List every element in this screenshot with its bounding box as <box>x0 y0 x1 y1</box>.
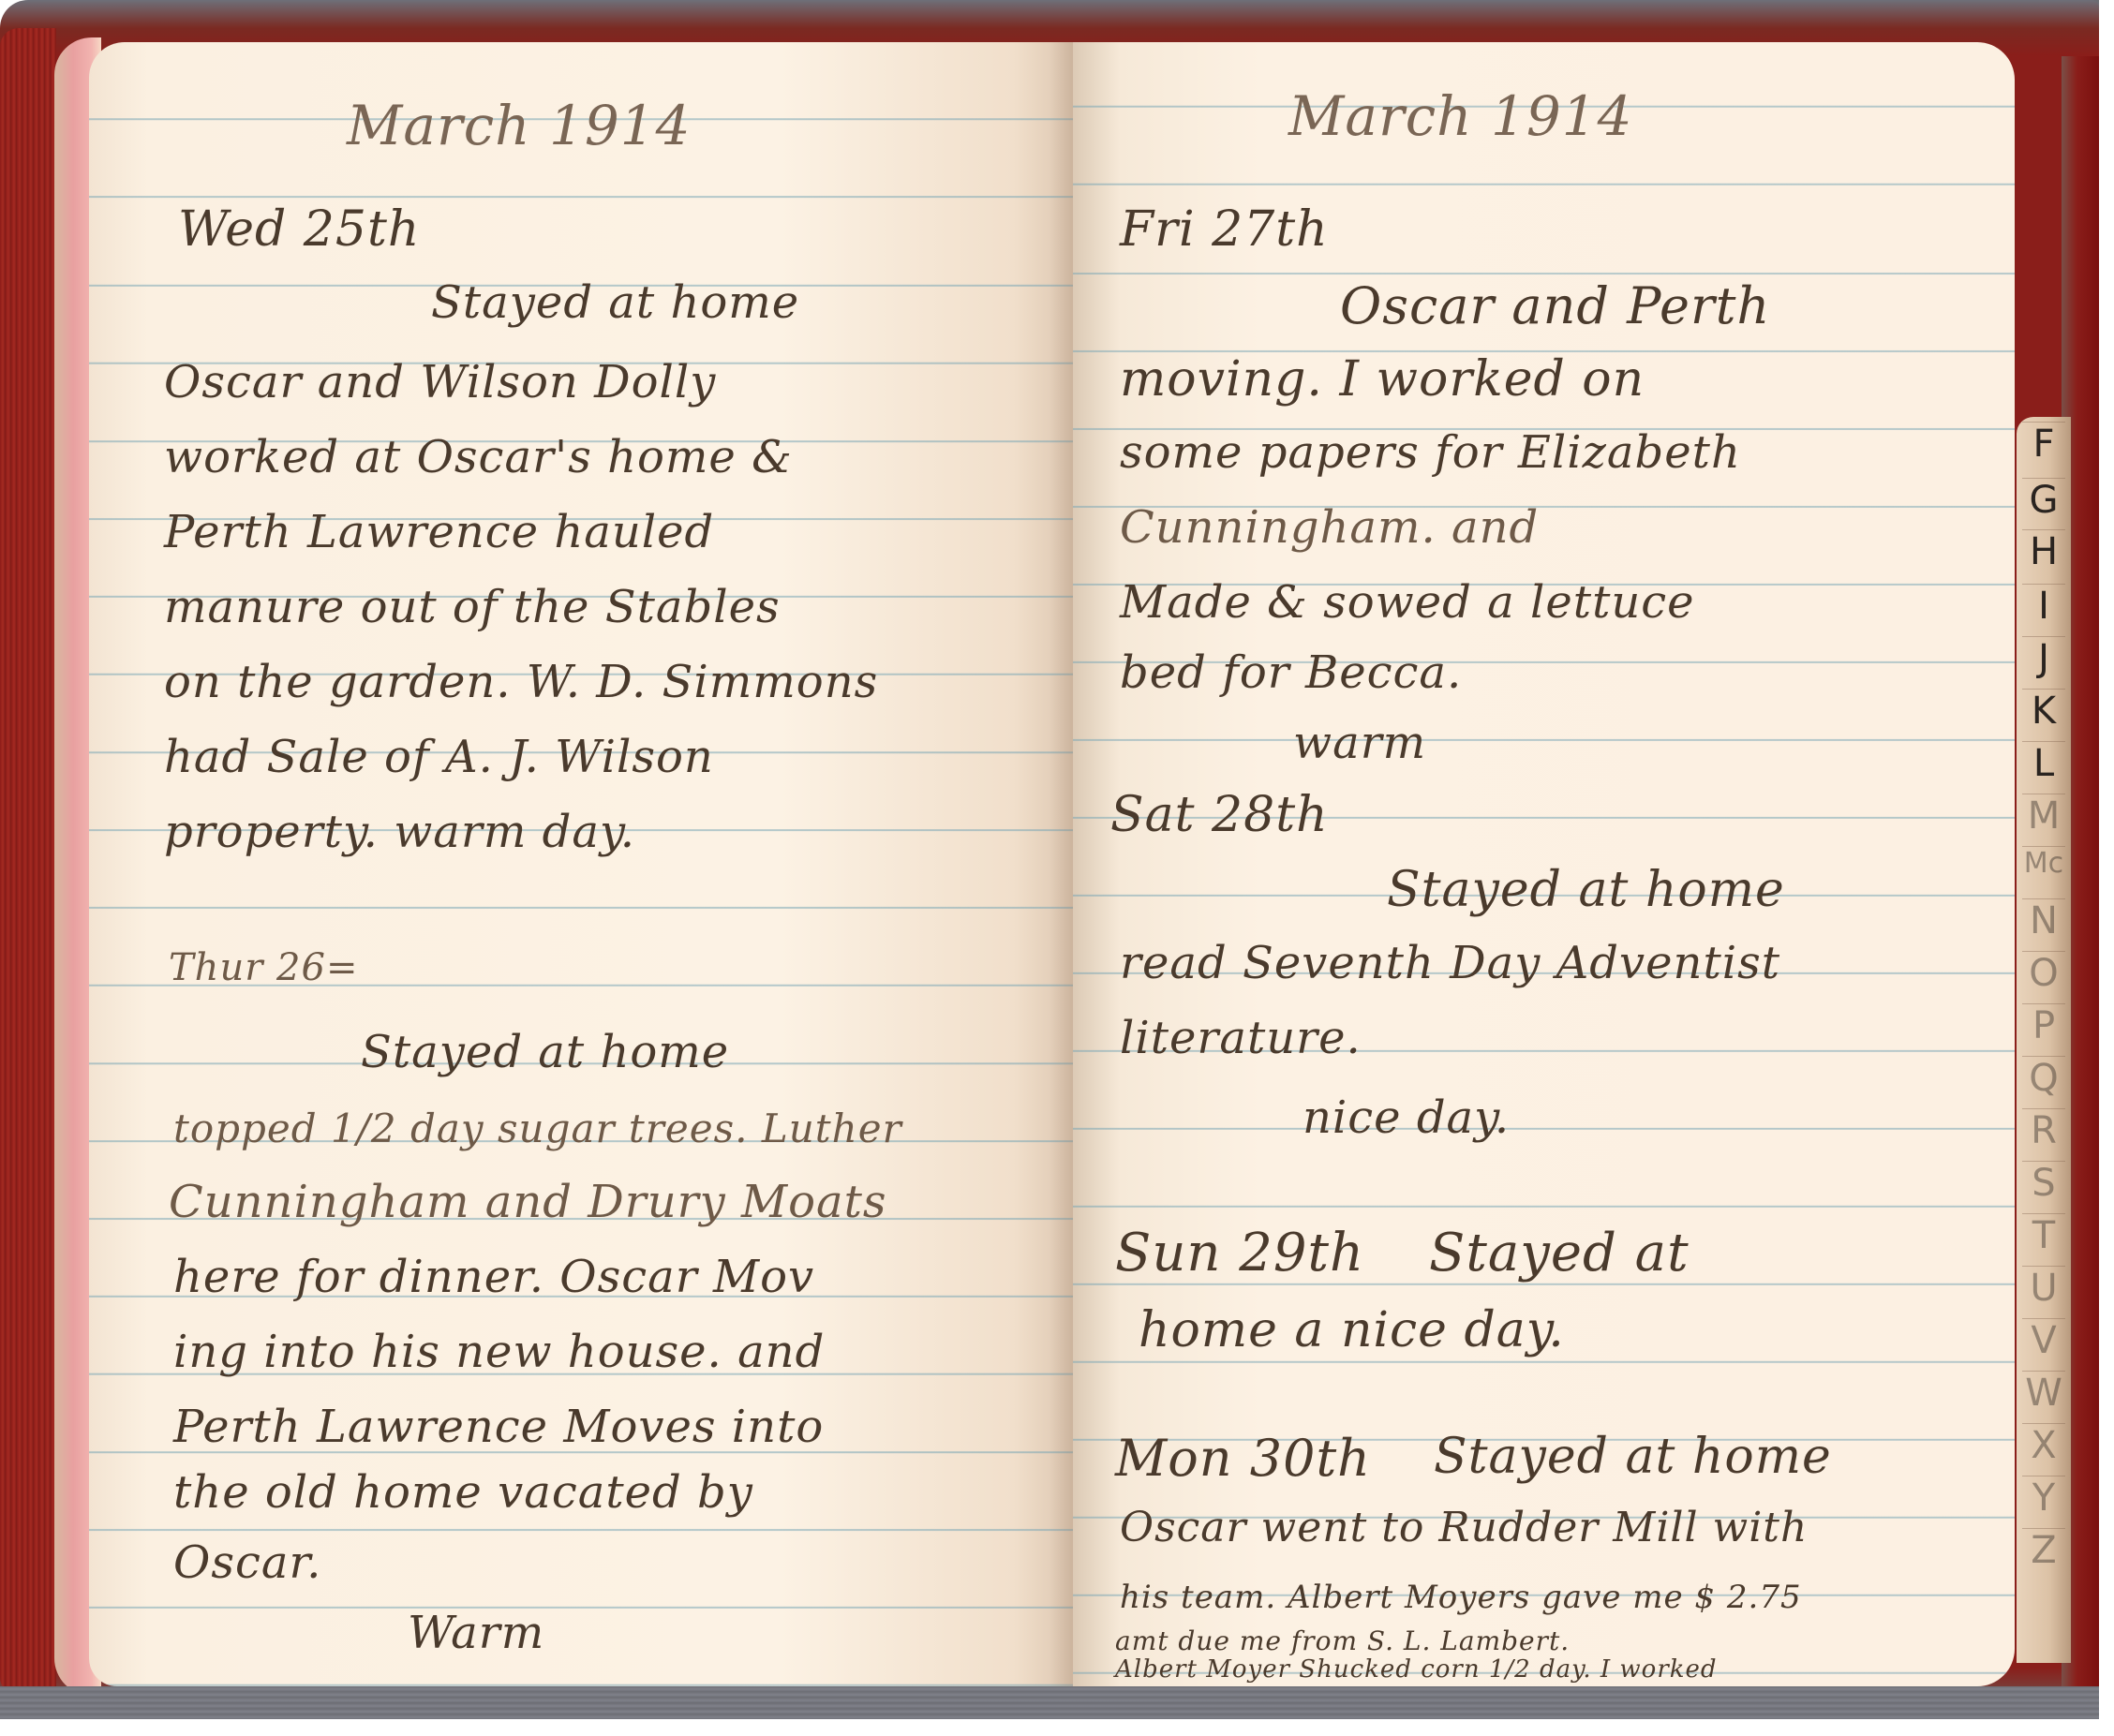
alphabet-index-tabs: F G H I J K L M Mc N O P Q R S T U V W X… <box>2017 417 2071 1663</box>
entry-line: Cunningham. and <box>1120 501 1539 554</box>
entry-line: Perth Lawrence hauled <box>164 506 714 558</box>
entry-line: the old home vacated by <box>173 1466 753 1519</box>
index-tab-g[interactable]: G <box>2022 478 2065 522</box>
entry-line: moving. I worked on <box>1120 351 1645 408</box>
entry-date: Fri 27th <box>1120 201 1329 258</box>
entry-line: here for dinner. Oscar Mov <box>173 1251 814 1303</box>
entry-line: Albert Moyer Shucked corn 1/2 day. I wor… <box>1115 1655 1718 1684</box>
entry-line: Stayed at <box>1429 1223 1690 1283</box>
entry-line: Warm <box>408 1607 544 1659</box>
entry-line: Cunningham and Drury Moats <box>169 1176 887 1228</box>
entry-line: Stayed at home <box>1434 1429 1832 1485</box>
entry-date: Sun 29th <box>1115 1223 1364 1283</box>
index-tab-q[interactable]: Q <box>2022 1056 2065 1100</box>
entry-line: ing into his new house. and <box>173 1326 825 1378</box>
index-tab-o[interactable]: O <box>2022 951 2065 995</box>
entry-line: home a nice day. <box>1139 1302 1565 1358</box>
entry-line: warm <box>1293 717 1426 769</box>
entry-line: literature. <box>1120 1012 1362 1064</box>
entry-line: manure out of the Stables <box>164 581 781 633</box>
page-header: March 1914 <box>347 94 692 157</box>
index-tab-r[interactable]: R <box>2022 1108 2065 1152</box>
entry-line: topped 1/2 day sugar trees. Luther <box>173 1105 902 1151</box>
entry-line: amt due me from S. L. Lambert. <box>1115 1625 1570 1656</box>
entry-line: Oscar and Wilson Dolly <box>164 356 716 408</box>
page-header: March 1914 <box>1288 84 1633 148</box>
entry-date: Wed 25th <box>178 201 420 258</box>
entry-line: Perth Lawrence Moves into <box>173 1401 824 1453</box>
index-tab-w[interactable]: W <box>2022 1371 2065 1415</box>
entry-line: nice day. <box>1303 1091 1510 1144</box>
index-tab-z[interactable]: Z <box>2022 1528 2065 1572</box>
index-tab-x[interactable]: X <box>2022 1423 2065 1467</box>
index-tab-m[interactable]: M <box>2022 794 2065 838</box>
entry-date: Mon 30th <box>1115 1429 1371 1488</box>
index-tab-h[interactable]: H <box>2022 529 2065 573</box>
entry-line: his team. Albert Moyers gave me $ 2.75 <box>1120 1579 1802 1616</box>
entry-line: Stayed at home <box>361 1026 729 1078</box>
entry-line: Stayed at home <box>1387 862 1785 918</box>
entry-date: Thur 26= <box>169 946 358 989</box>
right-page: March 1914 Fri 27th Oscar and Perth movi… <box>1073 42 2015 1686</box>
entry-line: bed for Becca. <box>1120 646 1462 699</box>
entry-line: Oscar. <box>173 1536 321 1589</box>
scanner-bottom-strip <box>0 1686 2099 1719</box>
entry-line: property. warm day. <box>164 806 635 858</box>
index-tab-n[interactable]: N <box>2022 898 2065 942</box>
entry-line: on the garden. W. D. Simmons <box>164 656 878 708</box>
entry-line: Oscar went to Rudder Mill with <box>1120 1504 1808 1551</box>
entry-line: read Seventh Day Adventist <box>1120 937 1780 989</box>
entry-date: Sat 28th <box>1110 787 1329 843</box>
index-tab-p[interactable]: P <box>2022 1003 2065 1047</box>
index-tab-f[interactable]: F <box>2022 422 2065 466</box>
cover-spine-left <box>0 28 56 1696</box>
index-tab-s[interactable]: S <box>2022 1161 2065 1205</box>
entry-line: some papers for Elizabeth <box>1120 426 1741 479</box>
index-tab-mc[interactable]: Mc <box>2022 846 2065 880</box>
index-tab-t[interactable]: T <box>2022 1213 2065 1257</box>
index-tab-j[interactable]: J <box>2022 636 2065 680</box>
index-tab-l[interactable]: L <box>2022 741 2065 785</box>
index-tab-y[interactable]: Y <box>2022 1476 2065 1520</box>
entry-line: Oscar and Perth <box>1340 276 1770 335</box>
entry-line: had Sale of A. J. Wilson <box>164 731 714 783</box>
left-page: March 1914 Wed 25th Stayed at home Oscar… <box>89 42 1073 1686</box>
index-tab-v[interactable]: V <box>2022 1318 2065 1362</box>
index-tab-u[interactable]: U <box>2022 1266 2065 1310</box>
entry-line: Stayed at home <box>431 276 799 329</box>
entry-line: worked at Oscar's home & <box>164 431 793 483</box>
index-tab-k[interactable]: K <box>2022 689 2065 733</box>
index-tab-i[interactable]: I <box>2022 584 2065 628</box>
entry-line: Made & sowed a lettuce <box>1120 576 1695 629</box>
